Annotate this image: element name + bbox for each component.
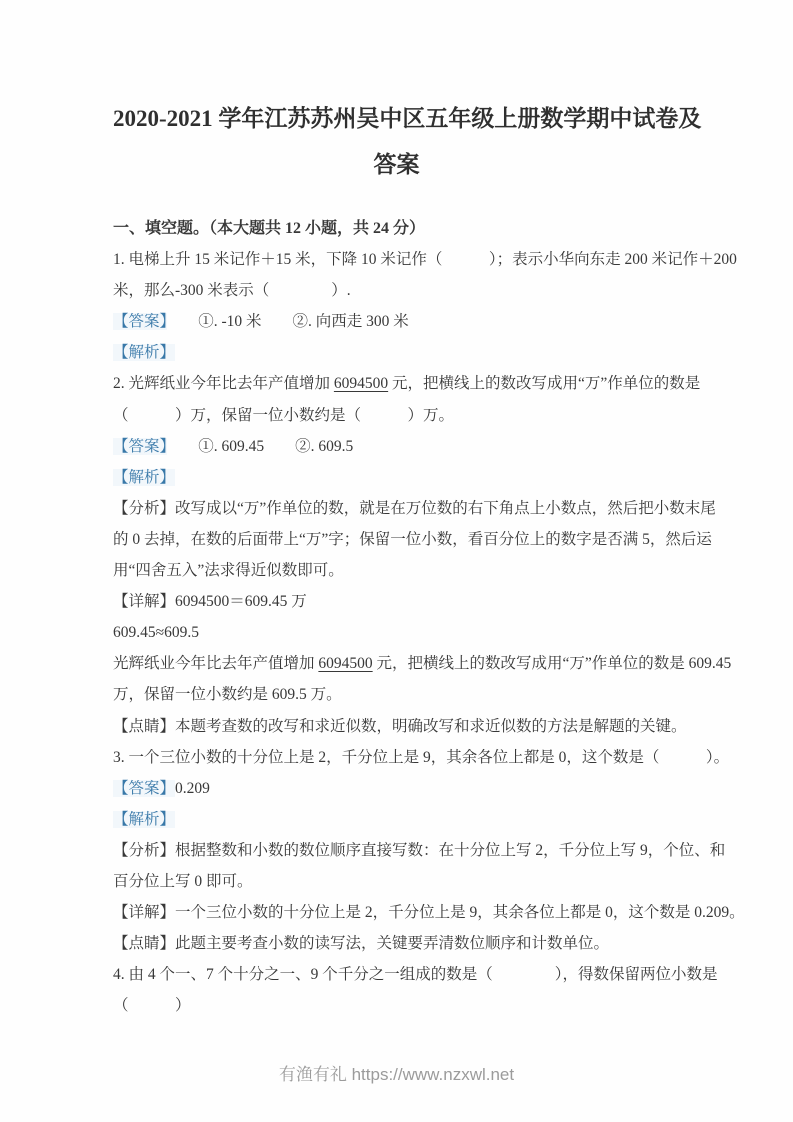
- text-segment: 米，那么-300 米表示（ ）.: [113, 282, 351, 299]
- page-title-line-1: 2020-2021 学年江苏苏州吴中区五年级上册数学期中试卷及: [113, 96, 680, 142]
- document-body: 一、填空题。（本大题共 12 小题，共 24 分）1. 电梯上升 15 米记作＋…: [113, 213, 680, 1021]
- answer-line-q1: 【答案】 ①. -10 米 ②. 向西走 300 米: [113, 306, 680, 337]
- text-segment: （ ）万，保留一位小数约是（ ）万。: [113, 407, 454, 424]
- text-segment: ①. -10 米 ②. 向西走 300 米: [167, 313, 409, 330]
- answer-line-q3: 【答案】0.209: [113, 773, 680, 804]
- text-segment: 【详解】6094500＝609.45 万: [113, 593, 307, 610]
- detail-q2-line-3: 光辉纸业今年比去年产值增加 6094500 元，把横线上的数改写成用“万”作单位…: [113, 648, 680, 679]
- detail-q2-line-4: 万，保留一位小数约是 609.5 万。: [113, 679, 680, 710]
- text-segment: 万，保留一位小数约是 609.5 万。: [113, 686, 342, 703]
- text-segment: 用“四舍五入”法求得近似数即可。: [113, 562, 344, 579]
- text-segment: 百分位上写 0 即可。: [113, 873, 253, 890]
- text-segment: 4. 由 4 个一、7 个十分之一、9 个千分之一组成的数是（ ），得数保留两位…: [113, 966, 718, 983]
- analysis-q2-line-3: 用“四舍五入”法求得近似数即可。: [113, 555, 680, 586]
- detail-q3: 【详解】一个三位小数的十分位上是 2，千分位上是 9，其余各位上都是 0，这个数…: [113, 897, 680, 928]
- bracket-marker-label: 【解析】: [113, 344, 175, 361]
- analysis-q2-line-1: 【分析】改写成以“万”作单位的数，就是在万位数的右下角点上小数点，然后把小数末尾: [113, 493, 680, 524]
- document-page: 2020-2021 学年江苏苏州吴中区五年级上册数学期中试卷及 答案 一、填空题…: [0, 0, 793, 1122]
- text-segment: ①. 609.45 ②. 609.5: [167, 438, 353, 455]
- bracket-marker-label: 【解析】: [113, 469, 175, 486]
- question-2-line-2: （ ）万，保留一位小数约是（ ）万。: [113, 400, 680, 431]
- page-footer: 有渔有礼 https://www.nzxwl.net: [0, 1062, 793, 1088]
- bracket-marker-label: 【答案】: [113, 438, 167, 455]
- analysis-q2-line-2: 的 0 去掉，在数的后面带上“万”字；保留一位小数，看百分位上的数字是否满 5，…: [113, 524, 680, 555]
- analysis-label-q3: 【解析】: [113, 804, 680, 835]
- question-4-line-1: 4. 由 4 个一、7 个十分之一、9 个千分之一组成的数是（ ），得数保留两位…: [113, 959, 680, 990]
- text-segment: 元，把横线上的数改写成用“万”作单位的数是 609.45: [373, 655, 732, 672]
- text-segment: 的 0 去掉，在数的后面带上“万”字；保留一位小数，看百分位上的数字是否满 5，…: [113, 531, 712, 548]
- text-segment: 光辉纸业今年比去年产值增加: [113, 655, 318, 672]
- bracket-marker-label: 【答案】: [113, 313, 167, 330]
- text-segment: 1. 电梯上升 15 米记作＋15 米，下降 10 米记作（ ）；表示小华向东走…: [113, 251, 737, 268]
- underlined-number: 6094500: [318, 655, 372, 672]
- text-segment: 【分析】根据整数和小数的数位顺序直接写数：在十分位上写 2，千分位上写 9，个位…: [113, 842, 725, 859]
- section-heading: 一、填空题。（本大题共 12 小题，共 24 分）: [113, 213, 680, 244]
- text-segment: 【详解】一个三位小数的十分位上是 2，千分位上是 9，其余各位上都是 0，这个数…: [113, 904, 745, 921]
- analysis-label-q2: 【解析】: [113, 462, 680, 493]
- text-segment: 【分析】改写成以“万”作单位的数，就是在万位数的右下角点上小数点，然后把小数末尾: [113, 500, 716, 517]
- text-segment: 【点睛】此题主要考查小数的读写法，关键要弄清数位顺序和计数单位。: [113, 935, 609, 952]
- answer-line-q2: 【答案】 ①. 609.45 ②. 609.5: [113, 431, 680, 462]
- text-segment: 3. 一个三位小数的十分位上是 2，千分位上是 9，其余各位上都是 0，这个数是…: [113, 749, 729, 766]
- detail-q2-line-2: 609.45≈609.5: [113, 617, 680, 648]
- note-q2: 【点睛】本题考查数的改写和求近似数，明确改写和求近似数的方法是解题的关键。: [113, 711, 680, 742]
- bracket-marker-label: 【解析】: [113, 811, 175, 828]
- detail-q2-line-1: 【详解】6094500＝609.45 万: [113, 586, 680, 617]
- analysis-label-q1: 【解析】: [113, 337, 680, 368]
- text-segment: 元，把横线上的数改写成用“万”作单位的数是: [388, 375, 700, 392]
- text-segment: 一、填空题。（本大题共 12 小题，共 24 分）: [113, 220, 425, 237]
- page-title-line-2: 答案: [113, 142, 680, 188]
- bracket-marker-label: 【答案】: [113, 780, 175, 797]
- text-segment: （ ）: [113, 997, 191, 1014]
- underlined-number: 6094500: [334, 375, 388, 392]
- question-1-line-2: 米，那么-300 米表示（ ）.: [113, 275, 680, 306]
- text-segment: 【点睛】本题考查数的改写和求近似数，明确改写和求近似数的方法是解题的关键。: [113, 718, 687, 735]
- question-4-line-2: （ ）: [113, 990, 680, 1021]
- page-title: 2020-2021 学年江苏苏州吴中区五年级上册数学期中试卷及 答案: [113, 96, 680, 188]
- analysis-q3-line-1: 【分析】根据整数和小数的数位顺序直接写数：在十分位上写 2，千分位上写 9，个位…: [113, 835, 680, 866]
- analysis-q3-line-2: 百分位上写 0 即可。: [113, 866, 680, 897]
- note-q3: 【点睛】此题主要考查小数的读写法，关键要弄清数位顺序和计数单位。: [113, 928, 680, 959]
- footer-watermark-text: 有渔有礼 https://www.nzxwl.net: [279, 1065, 514, 1084]
- text-segment: 609.45≈609.5: [113, 624, 199, 641]
- text-segment: 2. 光辉纸业今年比去年产值增加: [113, 375, 334, 392]
- question-3-line-1: 3. 一个三位小数的十分位上是 2，千分位上是 9，其余各位上都是 0，这个数是…: [113, 742, 680, 773]
- question-1-line-1: 1. 电梯上升 15 米记作＋15 米，下降 10 米记作（ ）；表示小华向东走…: [113, 244, 680, 275]
- text-segment: 0.209: [175, 780, 210, 797]
- question-2-line-1: 2. 光辉纸业今年比去年产值增加 6094500 元，把横线上的数改写成用“万”…: [113, 368, 680, 399]
